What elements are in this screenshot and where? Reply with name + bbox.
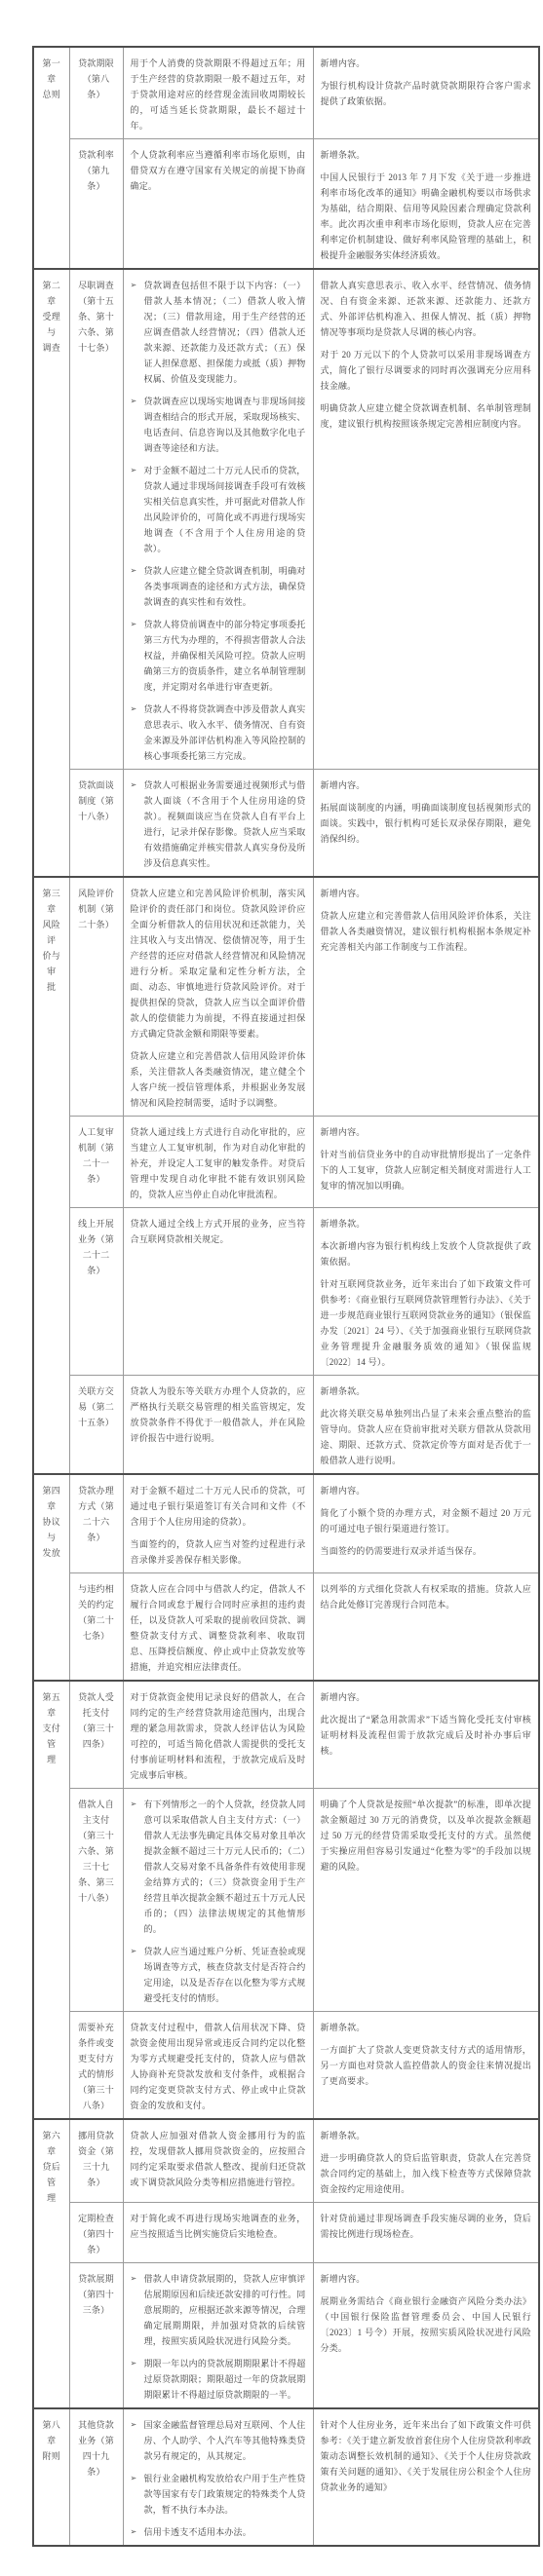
article-cell: 贷款面谈制度（第十八条） [69, 770, 123, 878]
content-cell: 贷款人应加强对借款人资金挪用行为的监控，发现借款人挪用贷款资金的，应按照合同约定… [123, 2119, 313, 2203]
paragraph: 贷款人通过线上方式进行自动化审批的，应当建立人工复审机制，作为对自动化审批的补充… [131, 1124, 306, 1202]
paragraph: 贷款支付过程中，借款人信用状况下降、贷款资金使用出现异常或违反合同约定以化整为零… [131, 2020, 306, 2113]
bullet-item: ➢银行业金融机构发放给农户用于生产性贷款等国家有专门政策规定的特殊类个人贷款，暂… [131, 2471, 306, 2518]
bullet-list: ➢贷款人可根据业务需要通过视频形式与借款人面谈（不含用于个人住房用途的贷款）。视… [131, 777, 306, 871]
paragraph: 明确贷款人应建立健全贷款调查机制、名单制管理制度，建议银行机构按照该条规定完善相… [321, 400, 532, 432]
bullet-text: 贷款人应当通过账户分析、凭证查验或现场调查等方式，核查贷款支付是否符合约定用途，… [144, 1944, 306, 2006]
paragraph: 针对当前信贷业务中的自动审批情形提出了一定条件下的人工复审，贷款人应制定相关制度… [321, 1147, 532, 1193]
bullet-item: ➢贷款人应当通过账户分析、凭证查验或现场调查等方式，核查贷款支付是否符合约定用途… [131, 1944, 306, 2006]
table-row: 第五章 支付管 理 贷款人受托支付（第三十四条） 对于贷款资金使用记录良好的借款… [33, 1681, 539, 1789]
comment-cell: 新增内容。 展期业务需结合《商业银行金融资产风险分类办法》（中国银行保险监督管理… [313, 2263, 539, 2409]
bullet-item: ➢贷款人应建立健全贷款调查机制，明确对各类事项调查的途径和方式方法，确保贷款调查… [131, 563, 306, 610]
article-cell: 与违约相关的约定（第二十七条） [69, 1573, 123, 1682]
bullet-list: ➢有下列情形之一的个人贷款，经贷款人同意可以采取借款人自主支付方式：（一）借款人… [131, 1797, 306, 2006]
paragraph: 借款人真实意思表示、收入水平、经营情况、债务情况、自有资金来源、还款来源、还款能… [321, 278, 532, 340]
bullet-item: ➢贷款调查包括但不限于以下内容：（一）借款人基本情况；（二）借款人收入情况；（三… [131, 278, 306, 387]
article-cell: 人工复审机制（第二十一条） [69, 1117, 123, 1208]
arrow-bullet-icon: ➢ [131, 2471, 144, 2518]
comment-cell: 以列举的方式细化贷款人有权采取的措施。贷款人应结合此处修订完善现行合同范本。 [313, 1573, 539, 1682]
comment-cell: 新增内容。 针对当前信贷业务中的自动审批情形提出了一定条件下的人工复审，贷款人应… [313, 1117, 539, 1208]
paragraph: 新增内容。 [321, 777, 532, 793]
paragraph: 新增条款。 [321, 2020, 532, 2035]
chapter-cell: 第六章 贷后管 理 [33, 2119, 69, 2408]
bullet-item: ➢贷款人不得将贷款调查中涉及借款人真实意思表示、收入水平、债务情况、自有资金来源… [131, 701, 306, 764]
comment-cell: 新增条款。 进一步明确贷款人的贷后监管职责，贷款人在完善贷款合同约定的基础上，加… [313, 2119, 539, 2203]
table-row: 线上开展业务（第二十二条） 贷款人通过全线上方式开展的业务，应当符合互联网贷款相… [33, 1208, 539, 1376]
arrow-bullet-icon: ➢ [131, 2356, 144, 2403]
article-cell: 尽职调查（第十五条、第十六条、第十七条） [69, 269, 123, 770]
content-cell: 个人贷款利率应当遵循利率市场化原则，由借贷双方在遵守国家有关规定的前提下协商确定… [123, 139, 313, 270]
arrow-bullet-icon: ➢ [131, 278, 144, 387]
paragraph: 新增内容。 [321, 56, 532, 71]
table-row: 贷款展期（第四十三条） ➢借款人申请贷款展期的，贷款人应审慎评估展期原因和后续还… [33, 2263, 539, 2409]
table-row: 人工复审机制（第二十一条） 贷款人通过线上方式进行自动化审批的，应当建立人工复审… [33, 1117, 539, 1208]
comment-cell: 新增条款。 本次新增内容为银行机构线上发放个人贷款提供了政策依据。 针对互联网贷… [313, 1208, 539, 1376]
paragraph: 对于贷款资金使用记录良好的借款人，在合同约定的生产经营贷款用途范围内，出现合理的… [131, 1689, 306, 1783]
document-page: 第一章 总则 贷款期限（第八条） 用于个人消费的贷款期限不得超过五年；用于生产经… [0, 0, 543, 2576]
bullet-item: ➢期限一年以内的贷款展期期限累计不得超过原贷款期限；期限超过一年的贷款展期期限累… [131, 2356, 306, 2403]
regulation-comparison-table: 第一章 总则 贷款期限（第八条） 用于个人消费的贷款期限不得超过五年；用于生产经… [32, 46, 540, 2547]
paragraph: 新增条款。 [321, 147, 532, 163]
table-row: 第二章 受理与 调查 尽职调查（第十五条、第十六条、第十七条） ➢贷款调查包括但… [33, 269, 539, 770]
article-cell: 挪用贷款资金（第三十九条） [69, 2119, 123, 2203]
paragraph: 新增内容。 [321, 1124, 532, 1140]
chapter-cell: 第一章 总则 [33, 47, 69, 269]
bullet-item: ➢贷款调查应以现场实地调查与非现场间接调查相结合的形式开展，采取现场核实、电话查… [131, 394, 306, 456]
article-cell: 定期检查（第四十条） [69, 2203, 123, 2263]
comment-cell: 新增内容。 拓展面谈制度的内涵，明确面谈制度包括视频形式的面谈。实践中，银行机构… [313, 770, 539, 878]
bullet-item: ➢借款人申请贷款展期的，贷款人应审慎评估展期原因和后续还款安排的可行性。同意展期… [131, 2271, 306, 2349]
paragraph: 贷款人应建立和完善风险评价机制，落实风险评价的责任部门和岗位。贷款风险评价应全面… [131, 886, 306, 1042]
comment-cell: 新增内容。 简化了小额个贷的办理方式，对金额不超过 20 万元的可通过电子银行渠… [313, 1474, 539, 1573]
content-cell: 对于金额不超过二十万元人民币的贷款，可通过电子银行渠道签订有关合同和文件（不含用… [123, 1474, 313, 1573]
bullet-item: ➢有下列情形之一的个人贷款，经贷款人同意可以采取借款人自主支付方式：（一）借款人… [131, 1797, 306, 1937]
content-cell: 贷款人应在合同中与借款人约定，借款人不履行合同或怠于履行合同时应承担的违约责任，… [123, 1573, 313, 1682]
comment-cell: 新增内容。 为银行机构设计贷款产品时就贷款期限符合客户需求提供了政策依据。 [313, 47, 539, 139]
content-cell: 贷款人应建立和完善风险评价机制，落实风险评价的责任部门和岗位。贷款风险评价应全面… [123, 877, 313, 1117]
arrow-bullet-icon: ➢ [131, 2417, 144, 2464]
table-row: 需要补充条件或变更支付方式的情形（第三十八条） 贷款支付过程中，借款人信用状况下… [33, 2012, 539, 2120]
table-row: 第三章 风险评 价与审 批 风险评价机制（第二十条） 贷款人应建立和完善风险评价… [33, 877, 539, 1117]
paragraph: 对于 20 万元以下的个人贷款可以采用非现场调查方式，简化了银行尽调要求的同时再… [321, 347, 532, 394]
arrow-bullet-icon: ➢ [131, 2271, 144, 2349]
bullet-text: 贷款调查应以现场实地调查与非现场间接调查相结合的形式开展，采取现场核实、电话查问… [144, 394, 306, 456]
arrow-bullet-icon: ➢ [131, 701, 144, 764]
paragraph: 简化了小额个贷的办理方式，对金额不超过 20 万元的可通过电子银行渠道进行签订。 [321, 1505, 532, 1536]
paragraph: 拓展面谈制度的内涵，明确面谈制度包括视频形式的面谈。实践中，银行机构可延长双录保… [321, 800, 532, 847]
table-row: 第六章 贷后管 理 挪用贷款资金（第三十九条） 贷款人应加强对借款人资金挪用行为… [33, 2119, 539, 2203]
table-row: 与违约相关的约定（第二十七条） 贷款人应在合同中与借款人约定，借款人不履行合同或… [33, 1573, 539, 1682]
article-cell: 贷款利率（第九条） [69, 139, 123, 270]
paragraph: 中国人民银行于 2013 年 7 月下发《关于进一步推进利率市场化改革的通知》明… [321, 170, 532, 263]
table-row: 定期检查（第四十条） 对于简化或不再进行现场实地调查的业务，应当按照适当比例实施… [33, 2203, 539, 2263]
content-cell: ➢国家金融监督管理总局对互联网、个人住房、个人助学、个人汽车等其他特殊类贷款另有… [123, 2408, 313, 2546]
arrow-bullet-icon: ➢ [131, 777, 144, 871]
article-cell: 线上开展业务（第二十二条） [69, 1208, 123, 1376]
comment-cell: 针对个人住房业务，近年来出台了如下政策文件可供参考：《关于建立新发放首套住房个人… [313, 2408, 539, 2546]
comment-cell: 新增条款。 一方面扩大了贷款人变更贷款支付方式的适用情形，另一方面也对贷款人监控… [313, 2012, 539, 2120]
bullet-text: 贷款人应建立健全贷款调查机制，明确对各类事项调查的途径和方式方法，确保贷款调查的… [144, 563, 306, 610]
table-row: 借款人自主支付（第三十六条、第三十七条、第三十八条） ➢有下列情形之一的个人贷款… [33, 1789, 539, 2012]
table-row: 第八章 附则 其他贷款业务（第四十九条） ➢国家金融监督管理总局对互联网、个人住… [33, 2408, 539, 2546]
bullet-item: ➢国家金融监督管理总局对互联网、个人住房、个人助学、个人汽车等其他特殊类贷款另有… [131, 2417, 306, 2464]
article-cell: 贷款展期（第四十三条） [69, 2263, 123, 2409]
chapter-cell: 第四章 协议与 发放 [33, 1474, 69, 1681]
paragraph: 明确了个人贷款是按照“单次提款”的标准，即单次提款金额超过 30 万元的消费贷，… [321, 1797, 532, 1875]
paragraph: 新增条款。 [321, 2128, 532, 2143]
paragraph: 针对个人住房业务，近年来出台了如下政策文件可供参考：《关于建立新发放首套住房个人… [321, 2417, 532, 2495]
bullet-text: 银行业金融机构发放给农户用于生产性贷款等国家有专门政策规定的特殊类个人贷款，暂不… [144, 2471, 306, 2518]
paragraph: 贷款人应加强对借款人资金挪用行为的监控，发现借款人挪用贷款资金的，应按照合同约定… [131, 2128, 306, 2190]
paragraph: 个人贷款利率应当遵循利率市场化原则，由借贷双方在遵守国家有关规定的前提下协商确定… [131, 147, 306, 194]
chapter-cell: 第三章 风险评 价与审 批 [33, 877, 69, 1474]
bullet-item: ➢贷款人将贷前调查中的部分特定事项委托第三方代为办理的，不得损害借款人合法权益，… [131, 617, 306, 695]
bullet-item: ➢贷款人可根据业务需要通过视频形式与借款人面谈（不含用于个人住房用途的贷款）。视… [131, 777, 306, 871]
comment-cell: 借款人真实意思表示、收入水平、经营情况、债务情况、自有资金来源、还款来源、还款能… [313, 269, 539, 770]
arrow-bullet-icon: ➢ [131, 617, 144, 695]
comment-cell: 明确了个人贷款是按照“单次提款”的标准，即单次提款金额超过 30 万元的消费贷，… [313, 1789, 539, 2012]
article-cell: 关联方交易（第二十五条） [69, 1376, 123, 1475]
bullet-item: ➢信用卡透支不适用本办法。 [131, 2524, 306, 2540]
comment-cell: 新增条款。 中国人民银行于 2013 年 7 月下发《关于进一步推进利率市场化改… [313, 139, 539, 270]
comment-cell: 新增条款。 此次将关联交易单独列出凸显了未来会重点整治的监管导向。贷款人应在贷前… [313, 1376, 539, 1475]
paragraph: 用于个人消费的贷款期限不得超过五年；用于生产经营的贷款期限一般不超过五年，对于贷… [131, 56, 306, 133]
table-row: 第四章 协议与 发放 贷款办理方式（第二十六条） 对于金额不超过二十万元人民币的… [33, 1474, 539, 1573]
content-cell: 用于个人消费的贷款期限不得超过五年；用于生产经营的贷款期限一般不超过五年，对于贷… [123, 47, 313, 139]
bullet-text: 贷款人可根据业务需要通过视频形式与借款人面谈（不含用于个人住房用途的贷款）。视频… [144, 777, 306, 871]
bullet-item: ➢对于金额不超过二十万元人民币的贷款，贷款人通过非现场间接调查手段可有效核实相关… [131, 463, 306, 556]
bullet-text: 对于金额不超过二十万元人民币的贷款，贷款人通过非现场间接调查手段可有效核实相关信… [144, 463, 306, 556]
bullet-text: 贷款人将贷前调查中的部分特定事项委托第三方代为办理的，不得损害借款人合法权益，并… [144, 617, 306, 695]
bullet-text: 信用卡透支不适用本办法。 [144, 2524, 306, 2540]
paragraph: 新增条款。 [321, 1216, 532, 1231]
content-cell: 贷款人为股东等关联方办理个人贷款的，应严格执行关联交易管理的相关监管规定，发放贷… [123, 1376, 313, 1475]
table-row: 贷款面谈制度（第十八条） ➢贷款人可根据业务需要通过视频形式与借款人面谈（不含用… [33, 770, 539, 878]
paragraph: 新增内容。 [321, 2271, 532, 2287]
paragraph: 进一步明确贷款人的贷后监管职责，贷款人在完善贷款合同约定的基础上，加入线下检查等… [321, 2150, 532, 2197]
arrow-bullet-icon: ➢ [131, 463, 144, 556]
comment-cell: 针对贷前通过非现场调查手段实施尽调的业务，贷后需按比例进行现场检查。 [313, 2203, 539, 2263]
paragraph: 新增内容。 [321, 1483, 532, 1498]
content-cell: 贷款人通过线上方式进行自动化审批的，应当建立人工复审机制，作为对自动化审批的补充… [123, 1117, 313, 1208]
arrow-bullet-icon: ➢ [131, 394, 144, 456]
content-cell: ➢贷款调查包括但不限于以下内容：（一）借款人基本情况；（二）借款人收入情况；（三… [123, 269, 313, 770]
paragraph: 针对贷前通过非现场调查手段实施尽调的业务，贷后需按比例进行现场检查。 [321, 2211, 532, 2242]
paragraph: 对于简化或不再进行现场实地调查的业务，应当按照适当比例实施贷后实地检查。 [131, 2211, 306, 2242]
article-cell: 贷款人受托支付（第三十四条） [69, 1681, 123, 1789]
bullet-text: 贷款人不得将贷款调查中涉及借款人真实意思表示、收入水平、债务情况、自有资金来源及… [144, 701, 306, 764]
bullet-text: 贷款调查包括但不限于以下内容：（一）借款人基本情况；（二）借款人收入情况；（三）… [144, 278, 306, 387]
bullet-list: ➢国家金融监督管理总局对互联网、个人住房、个人助学、个人汽车等其他特殊类贷款另有… [131, 2417, 306, 2540]
table-row: 关联方交易（第二十五条） 贷款人为股东等关联方办理个人贷款的，应严格执行关联交易… [33, 1376, 539, 1475]
paragraph: 新增条款。 [321, 1383, 532, 1399]
comment-cell: 新增内容。 此次提出了“紧急用款需求”下适当简化受托支付审核证明材料及流程但需于… [313, 1681, 539, 1789]
paragraph: 贷款人通过全线上方式开展的业务，应当符合互联网贷款相关规定。 [131, 1216, 306, 1247]
article-cell: 其他贷款业务（第四十九条） [69, 2408, 123, 2546]
paragraph: 贷款人应建立和完善借款人信用风险评价体系，关注借款人各类融资情况，建议银行机构根… [321, 908, 532, 955]
article-cell: 需要补充条件或变更支付方式的情形（第三十八条） [69, 2012, 123, 2120]
comment-cell: 新增内容。 贷款人应建立和完善借款人信用风险评价体系，关注借款人各类融资情况，建… [313, 877, 539, 1117]
paragraph: 贷款人为股东等关联方办理个人贷款的，应严格执行关联交易管理的相关监管规定，发放贷… [131, 1383, 306, 1446]
content-cell: ➢借款人申请贷款展期的，贷款人应审慎评估展期原因和后续还款安排的可行性。同意展期… [123, 2263, 313, 2409]
arrow-bullet-icon: ➢ [131, 1797, 144, 1937]
bullet-text: 借款人申请贷款展期的，贷款人应审慎评估展期原因和后续还款安排的可行性。同意展期的… [144, 2271, 306, 2349]
article-cell: 风险评价机制（第二十条） [69, 877, 123, 1117]
content-cell: ➢有下列情形之一的个人贷款，经贷款人同意可以采取借款人自主支付方式：（一）借款人… [123, 1789, 313, 2012]
paragraph: 对于金额不超过二十万元人民币的贷款，可通过电子银行渠道签订有关合同和文件（不含用… [131, 1483, 306, 1530]
paragraph: 当面签约的仍需要进行双录并适当保存。 [321, 1543, 532, 1559]
paragraph: 针对互联网贷款业务，近年来出台了如下政策文件可供参考：《商业银行互联网贷款管理暂… [321, 1276, 532, 1370]
chapter-cell: 第二章 受理与 调查 [33, 269, 69, 877]
article-cell: 贷款期限（第八条） [69, 47, 123, 139]
paragraph: 新增内容。 [321, 886, 532, 901]
paragraph: 新增内容。 [321, 1689, 532, 1705]
content-cell: 对于贷款资金使用记录良好的借款人，在合同约定的生产经营贷款用途范围内，出现合理的… [123, 1681, 313, 1789]
content-cell: 贷款人通过全线上方式开展的业务，应当符合互联网贷款相关规定。 [123, 1208, 313, 1376]
chapter-cell: 第五章 支付管 理 [33, 1681, 69, 2119]
article-cell: 借款人自主支付（第三十六条、第三十七条、第三十八条） [69, 1789, 123, 2012]
table-row: 贷款利率（第九条） 个人贷款利率应当遵循利率市场化原则，由借贷双方在遵守国家有关… [33, 139, 539, 270]
bullet-list: ➢贷款调查包括但不限于以下内容：（一）借款人基本情况；（二）借款人收入情况；（三… [131, 278, 306, 764]
paragraph: 展期业务需结合《商业银行金融资产风险分类办法》（中国银行保险监督管理委员会、中国… [321, 2293, 532, 2356]
arrow-bullet-icon: ➢ [131, 1944, 144, 2006]
arrow-bullet-icon: ➢ [131, 563, 144, 610]
content-cell: 对于简化或不再进行现场实地调查的业务，应当按照适当比例实施贷后实地检查。 [123, 2203, 313, 2263]
bullet-list: ➢借款人申请贷款展期的，贷款人应审慎评估展期原因和后续还款安排的可行性。同意展期… [131, 2271, 306, 2403]
paragraph: 贷款人应建立和完善借款人信用风险评价体系，关注借款人各类融资情况，建立健全个人客… [131, 1048, 306, 1111]
chapter-cell: 第八章 附则 [33, 2408, 69, 2546]
paragraph: 此次将关联交易单独列出凸显了未来会重点整治的监管导向。贷款人应在贷前审批对关联方… [321, 1406, 532, 1468]
arrow-bullet-icon: ➢ [131, 2524, 144, 2540]
paragraph: 贷款人应在合同中与借款人约定，借款人不履行合同或怠于履行合同时应承担的违约责任，… [131, 1581, 306, 1675]
content-cell: ➢贷款人可根据业务需要通过视频形式与借款人面谈（不含用于个人住房用途的贷款）。视… [123, 770, 313, 878]
bullet-text: 有下列情形之一的个人贷款，经贷款人同意可以采取借款人自主支付方式：（一）借款人无… [144, 1797, 306, 1937]
bullet-text: 国家金融监督管理总局对互联网、个人住房、个人助学、个人汽车等其他特殊类贷款另有规… [144, 2417, 306, 2464]
content-cell: 贷款支付过程中，借款人信用状况下降、贷款资金使用出现异常或违反合同约定以化整为零… [123, 2012, 313, 2120]
table-row: 第一章 总则 贷款期限（第八条） 用于个人消费的贷款期限不得超过五年；用于生产经… [33, 47, 539, 139]
paragraph: 当面签约的，贷款人应当对签约过程进行录音录像并妥善保存相关影像。 [131, 1536, 306, 1568]
paragraph: 此次提出了“紧急用款需求”下适当简化受托支付审核证明材料及流程但需于放款完成后及… [321, 1712, 532, 1759]
paragraph: 以列举的方式细化贷款人有权采取的措施。贷款人应结合此处修订完善现行合同范本。 [321, 1581, 532, 1612]
bullet-text: 期限一年以内的贷款展期期限累计不得超过原贷款期限；期限超过一年的贷款展期期限累计… [144, 2356, 306, 2403]
article-cell: 贷款办理方式（第二十六条） [69, 1474, 123, 1573]
paragraph: 本次新增内容为银行机构线上发放个人贷款提供了政策依据。 [321, 1238, 532, 1269]
paragraph: 一方面扩大了贷款人变更贷款支付方式的适用情形，另一方面也对贷款人监控借款人的资金… [321, 2042, 532, 2089]
paragraph: 为银行机构设计贷款产品时就贷款期限符合客户需求提供了政策依据。 [321, 78, 532, 109]
